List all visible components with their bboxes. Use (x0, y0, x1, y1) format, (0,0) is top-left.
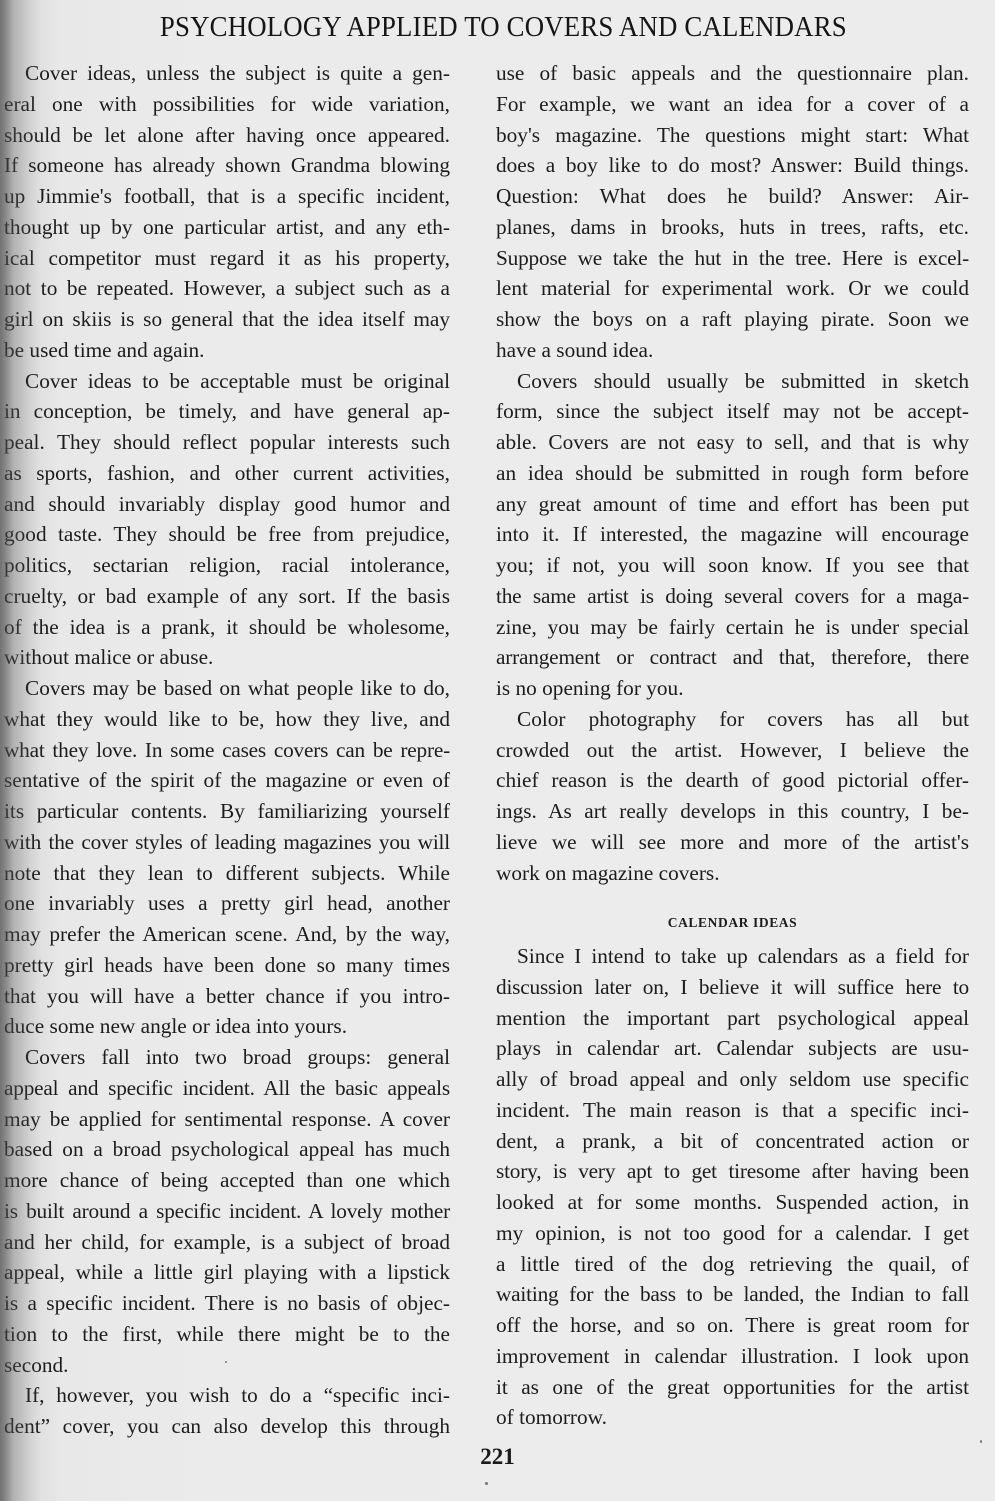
text-line: pretty girl heads have been done so many… (4, 950, 450, 981)
text-line: have a sound idea. (496, 335, 969, 366)
text-line: with the cover styles of leading magazin… (4, 827, 450, 858)
text-line: you; if not, you will soon know. If you … (496, 550, 969, 581)
paragraph: Color photography for covers has all but… (496, 704, 969, 889)
text-line: mention the important part psychological… (496, 1003, 969, 1034)
text-line: If, however, you wish to do a “specific … (4, 1380, 450, 1411)
text-line: its particular contents. By familiarizin… (4, 796, 450, 827)
text-line: chief reason is the dearth of good picto… (496, 765, 969, 796)
text-line: good taste. They should be free from pre… (4, 519, 450, 550)
text-line: Cover ideas to be acceptable must be ori… (4, 366, 450, 397)
text-line: crowded out the artist. However, I belie… (496, 735, 969, 766)
text-line: boy's magazine. The questions might star… (496, 120, 969, 151)
text-line: form, since the subject itself may not b… (496, 396, 969, 427)
text-line: For example, we want an idea for a cover… (496, 89, 969, 120)
page-number: 221 (0, 1444, 995, 1470)
text-line: Since I intend to take up calendars as a… (496, 941, 969, 972)
paragraph: Cover ideas to be acceptable must be ori… (4, 366, 450, 674)
paragraph: If, however, you wish to do a “specific … (4, 1380, 450, 1442)
text-line: based on a broad psychological appeal ha… (4, 1134, 450, 1165)
text-line: note that they lean to different subject… (4, 858, 450, 889)
paragraph: Covers fall into two broad groups: gener… (4, 1042, 450, 1380)
text-line: duce some new angle or idea into yours. (4, 1011, 450, 1042)
text-line: my opinion, is not too good for a calend… (496, 1218, 969, 1249)
paper-speck (225, 1361, 227, 1363)
running-head-text: PSYCHOLOGY APPLIED TO COVERS AND CALENDA… (160, 12, 847, 44)
text-line: work on magazine covers. (496, 858, 969, 889)
text-line: ally of broad appeal and only seldom use… (496, 1064, 969, 1095)
text-line: that you will have a better chance if yo… (4, 981, 450, 1012)
text-line: is no opening for you. (496, 673, 969, 704)
paper-speck (485, 1482, 488, 1485)
text-line: cruelty, or bad example of any sort. If … (4, 581, 450, 612)
text-line: peal. They should reflect popular intere… (4, 427, 450, 458)
text-line: in conception, be timely, and have gener… (4, 396, 450, 427)
text-line: may be applied for sentimental response.… (4, 1104, 450, 1135)
text-line: be used time and again. (4, 335, 450, 366)
text-line: use of basic appeals and the questionnai… (496, 58, 969, 89)
text-line: of tomorrow. (496, 1402, 969, 1433)
text-line: of the idea is a prank, it should be who… (4, 612, 450, 643)
text-line: into it. If interested, the magazine wil… (496, 519, 969, 550)
text-line: off the horse, and so on. There is great… (496, 1310, 969, 1341)
text-line: as sports, fashion, and other current ac… (4, 458, 450, 489)
running-head: PSYCHOLOGY APPLIED TO COVERS AND CALENDA… (0, 12, 995, 44)
text-line: show the boys on a raft playing pirate. … (496, 304, 969, 335)
text-line: and her child, for example, is a subject… (4, 1227, 450, 1258)
text-line: more chance of being accepted than one w… (4, 1165, 450, 1196)
text-line: planes, dams in brooks, huts in trees, r… (496, 212, 969, 243)
text-line: Question: What does he build? Answer: Ai… (496, 181, 969, 212)
text-line: Suppose we take the hut in the tree. Her… (496, 243, 969, 274)
text-line: is a specific incident. There is no basi… (4, 1288, 450, 1319)
text-line: any great amount of time and effort has … (496, 489, 969, 520)
text-line: Color photography for covers has all but (496, 704, 969, 735)
right-column: use of basic appeals and the questionnai… (496, 58, 969, 1433)
text-line: discussion later on, I believe it will s… (496, 972, 969, 1003)
text-line: is built around a specific incident. A l… (4, 1196, 450, 1227)
text-line: thought up by one particular artist, and… (4, 212, 450, 243)
text-line: lieve we will see more and more of the a… (496, 827, 969, 858)
text-line: ical competitor must regard it as his pr… (4, 243, 450, 274)
text-line: one invariably uses a pretty girl head, … (4, 888, 450, 919)
page-number-text: 221 (480, 1444, 515, 1469)
text-line: it as one of the great opportunities for… (496, 1372, 969, 1403)
left-column: Cover ideas, unless the subject is quite… (4, 58, 450, 1442)
text-line: story, is very apt to get tiresome after… (496, 1156, 969, 1187)
text-line: what they would like to be, how they liv… (4, 704, 450, 735)
text-line: improvement in calendar illustration. I … (496, 1341, 969, 1372)
text-line: Covers may be based on what people like … (4, 673, 450, 704)
text-line: lent material for experimental work. Or … (496, 273, 969, 304)
text-line: Covers fall into two broad groups: gener… (4, 1042, 450, 1073)
text-line: appeal and specific incident. All the ba… (4, 1073, 450, 1104)
text-line: appeal, while a little girl playing with… (4, 1257, 450, 1288)
text-line: without malice or abuse. (4, 642, 450, 673)
text-line: the same artist is doing several covers … (496, 581, 969, 612)
paragraph: Cover ideas, unless the subject is quite… (4, 58, 450, 366)
text-line: looked at for some months. Suspended act… (496, 1187, 969, 1218)
text-line: ings. As art really develops in this cou… (496, 796, 969, 827)
paragraph: Since I intend to take up calendars as a… (496, 941, 969, 1433)
section-subheading: CALENDAR IDEAS (496, 908, 969, 939)
text-line: and should invariably display good humor… (4, 489, 450, 520)
paragraph: use of basic appeals and the questionnai… (496, 58, 969, 366)
text-line: arrangement or contract and that, theref… (496, 642, 969, 673)
text-line: sentative of the spirit of the magazine … (4, 765, 450, 796)
text-line: zine, you may be fairly certain he is un… (496, 612, 969, 643)
text-line: incident. The main reason is that a spec… (496, 1095, 969, 1126)
text-line: waiting for the bass to be landed, the I… (496, 1279, 969, 1310)
paragraph: Covers should usually be submitted in sk… (496, 366, 969, 704)
text-line: dent, a prank, a bit of concentrated act… (496, 1126, 969, 1157)
text-line: able. Covers are not easy to sell, and t… (496, 427, 969, 458)
text-line: up Jimmie's football, that is a specific… (4, 181, 450, 212)
book-page: PSYCHOLOGY APPLIED TO COVERS AND CALENDA… (0, 0, 995, 1501)
paragraph: Covers may be based on what people like … (4, 673, 450, 1042)
text-line: should be let alone after having once ap… (4, 120, 450, 151)
text-line: If someone has already shown Grandma blo… (4, 150, 450, 181)
text-line: an idea should be submitted in rough for… (496, 458, 969, 489)
text-line: girl on skiis is so general that the ide… (4, 304, 450, 335)
paper-speck (980, 1440, 982, 1443)
text-line: not to be repeated. However, a subject s… (4, 273, 450, 304)
text-line: does a boy like to do most? Answer: Buil… (496, 150, 969, 181)
text-line: what they love. In some cases covers can… (4, 735, 450, 766)
text-line: a little tired of the dog retrieving the… (496, 1249, 969, 1280)
text-line: dent” cover, you can also develop this t… (4, 1411, 450, 1442)
text-line: may prefer the American scene. And, by t… (4, 919, 450, 950)
text-line: eral one with possibilities for wide var… (4, 89, 450, 120)
text-line: plays in calendar art. Calendar subjects… (496, 1033, 969, 1064)
text-line: politics, sectarian religion, racial int… (4, 550, 450, 581)
text-line: second. (4, 1350, 450, 1381)
text-line: Cover ideas, unless the subject is quite… (4, 58, 450, 89)
text-line: Covers should usually be submitted in sk… (496, 366, 969, 397)
text-line: tion to the first, while there might be … (4, 1319, 450, 1350)
